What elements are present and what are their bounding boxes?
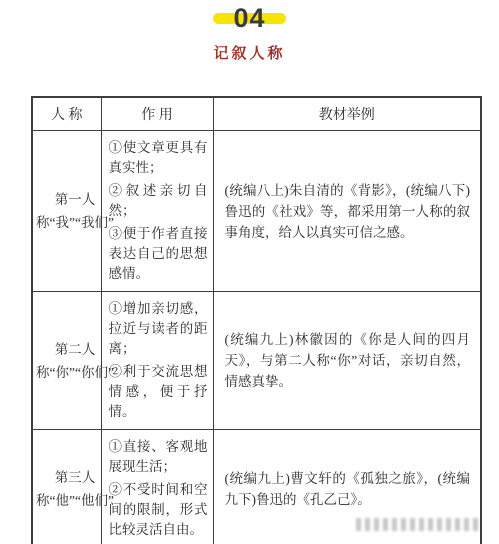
cell-person-third: 第三人称“他”“他们” xyxy=(32,430,101,544)
cell-functions-third: ①直接、客观地展现生活； ②不受时间和空间的限制，形式比较灵活自由。 xyxy=(101,430,213,544)
function-item: ①增加亲切感，拉近与读者的距离； xyxy=(109,299,208,359)
function-item: ②不受时间和空间的限制，形式比较灵活自由。 xyxy=(109,480,208,540)
cell-functions-second: ①增加亲切感，拉近与读者的距离； ②利于交流思想情感，便于抒情。 xyxy=(101,292,213,430)
header-examples: 教材举例 xyxy=(213,97,481,131)
section-number: 04 xyxy=(233,3,265,33)
function-item: ②叙述亲切自然； xyxy=(109,181,208,221)
person-label: 第三人称“他”“他们” xyxy=(35,466,115,512)
function-item: ①使文章更具有真实性； xyxy=(109,138,208,178)
header-function: 作 用 xyxy=(101,97,213,131)
section-number-badge: 04 xyxy=(213,3,285,33)
function-item: ②利于交流思想情感，便于抒情。 xyxy=(109,362,208,422)
cell-example-third: (统编九上)曹文轩的《孤独之旅》，(统编九下)鲁迅的《孔乙己》。 xyxy=(213,430,481,544)
cell-person-second: 第二人称“你”“你们” xyxy=(32,292,101,430)
function-item: ①直接、客观地展现生活； xyxy=(109,437,208,477)
section-title: 记叙人称 xyxy=(0,42,499,63)
narration-person-table: 人 称 作 用 教材举例 第一人称“我”“我们” ①使文章更具有真实性； ②叙述… xyxy=(31,96,482,544)
table-row: 第二人称“你”“你们” ①增加亲切感，拉近与读者的距离； ②利于交流思想情感，便… xyxy=(32,292,481,430)
example-text: (统编九上)林徽因的《你是人间的四月天》，与第二人称“你”对话，亲切自然，情感真… xyxy=(225,329,471,392)
function-item: ③便于作者直接表达自己的思想感情。 xyxy=(109,224,208,284)
cell-example-second: (统编九上)林徽因的《你是人间的四月天》，与第二人称“你”对话，亲切自然，情感真… xyxy=(213,292,481,430)
table-header-row: 人 称 作 用 教材举例 xyxy=(32,97,481,131)
person-label: 第一人称“我”“我们” xyxy=(35,188,115,234)
table-row: 第一人称“我”“我们” ①使文章更具有真实性； ②叙述亲切自然； ③便于作者直接… xyxy=(32,131,481,292)
example-text: (统编八上)朱自清的《背影》，(统编八下)鲁迅的《社戏》等，都采用第一人称的叙事… xyxy=(225,180,471,243)
person-label: 第二人称“你”“你们” xyxy=(35,338,115,384)
page-header: 04 记叙人称 xyxy=(0,0,499,63)
header-person: 人 称 xyxy=(32,97,101,131)
cell-functions-first: ①使文章更具有真实性； ②叙述亲切自然； ③便于作者直接表达自己的思想感情。 xyxy=(101,131,213,292)
cell-person-first: 第一人称“我”“我们” xyxy=(32,131,101,292)
example-text: (统编九上)曹文轩的《孤独之旅》，(统编九下)鲁迅的《孔乙己》。 xyxy=(225,468,471,510)
table-row: 第三人称“他”“他们” ①直接、客观地展现生活； ②不受时间和空间的限制，形式比… xyxy=(32,430,481,544)
cell-example-first: (统编八上)朱自清的《背影》，(统编八下)鲁迅的《社戏》等，都采用第一人称的叙事… xyxy=(213,131,481,292)
